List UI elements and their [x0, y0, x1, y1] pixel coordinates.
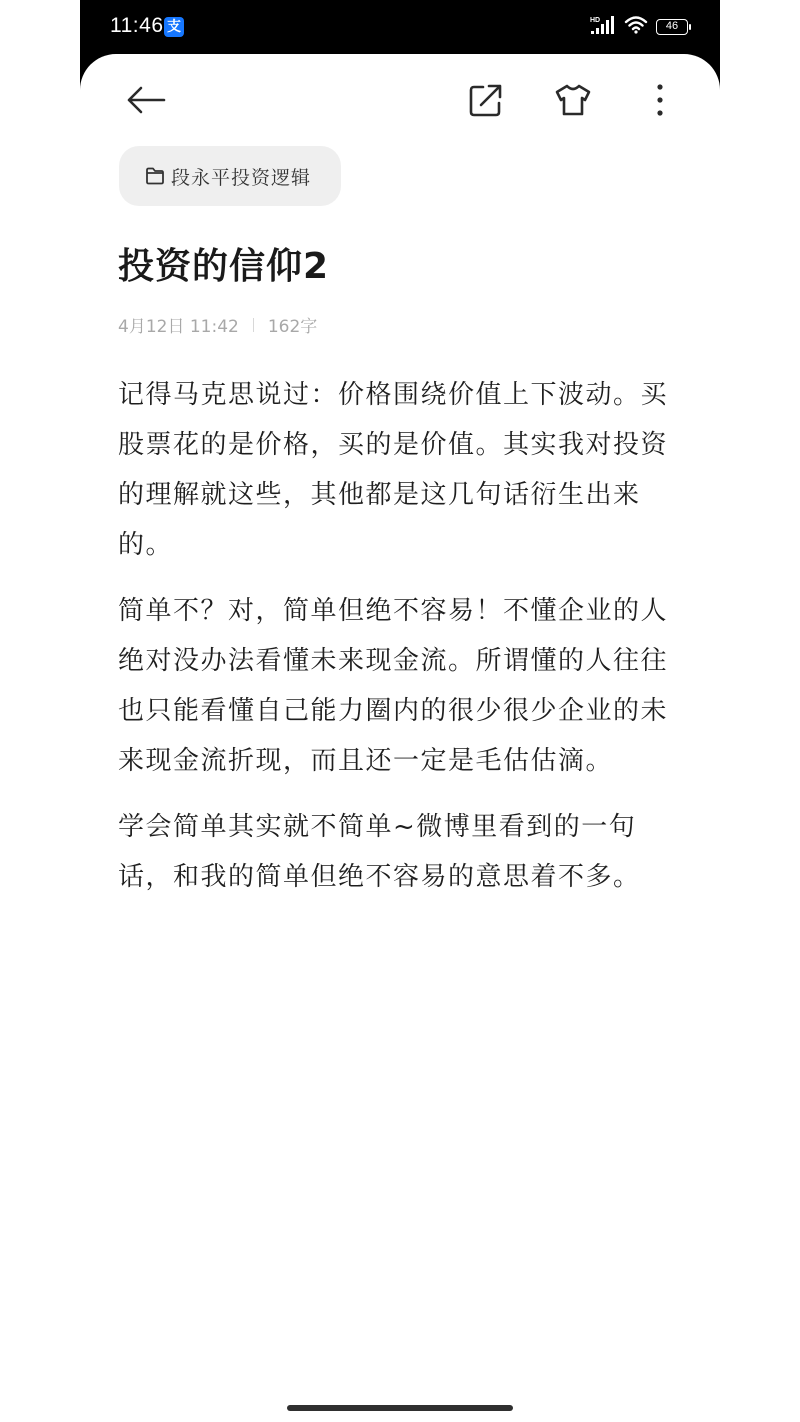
meta-divider	[253, 318, 254, 332]
system-icons: HD 46	[590, 16, 688, 38]
paragraph: 记得马克思说过：价格围绕价值上下波动。买股票花的是价格，买的是价值。其实我对投资…	[118, 370, 678, 570]
share-button[interactable]	[464, 78, 508, 122]
note-title[interactable]: 投资的信仰2	[118, 238, 329, 289]
svg-text:HD: HD	[590, 17, 600, 24]
paragraph: 学会简单其实就不简单~微博里看到的一句话，和我的简单但绝不容易的意思着不多。	[118, 802, 678, 902]
home-indicator[interactable]	[287, 1405, 513, 1411]
note-meta: 4月12日 11:42 162字	[118, 312, 317, 337]
signal-icon: HD	[590, 15, 616, 39]
folder-icon	[145, 167, 165, 185]
battery-icon: 46	[656, 19, 688, 35]
folder-label: 段永平投资逻辑	[171, 163, 311, 190]
note-body[interactable]: 记得马克思说过：价格围绕价值上下波动。买股票花的是价格，买的是价值。其实我对投资…	[118, 370, 678, 918]
status-time: 11:46	[110, 14, 164, 38]
paragraph: 简单不？对，简单但绝不容易！不懂企业的人绝对没办法看懂未来现金流。所谓懂的人往往…	[118, 586, 678, 786]
note-sheet: 段永平投资逻辑 投资的信仰2 4月12日 11:42 162字 记得马克思说过：…	[80, 54, 720, 1422]
word-count: 162字	[268, 312, 317, 337]
tshirt-icon	[554, 83, 592, 117]
phone-screen: 11:46 支 HD 4	[80, 0, 720, 1422]
alipay-notification-icon: 支	[164, 17, 184, 37]
status-bar: 11:46 支 HD 4	[80, 0, 720, 56]
more-button[interactable]	[638, 78, 682, 122]
more-vertical-icon	[655, 83, 665, 117]
theme-button[interactable]	[551, 78, 595, 122]
wifi-icon	[624, 15, 648, 39]
note-date: 4月12日 11:42	[118, 312, 239, 337]
share-external-icon	[469, 83, 503, 117]
folder-chip[interactable]: 段永平投资逻辑	[119, 146, 341, 206]
arrow-left-icon	[126, 85, 166, 115]
back-button[interactable]	[124, 78, 168, 122]
note-toolbar	[80, 54, 720, 146]
